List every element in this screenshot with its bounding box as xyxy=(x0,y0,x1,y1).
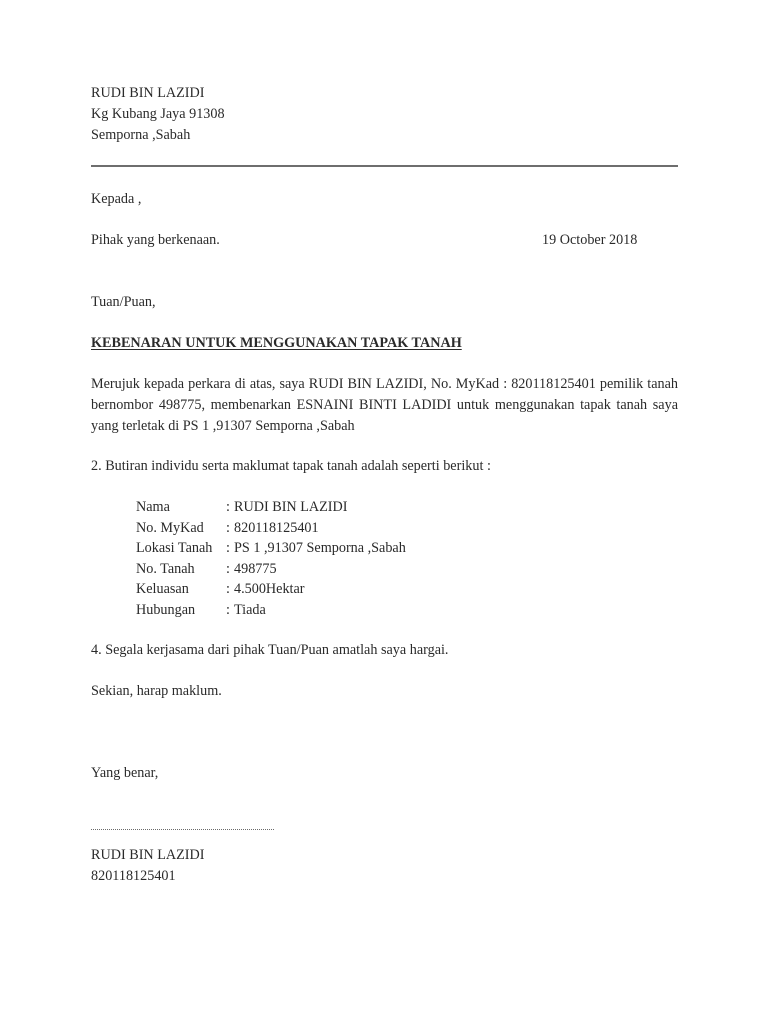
body-paragraph-1: Merujuk kepada perkara di atas, saya RUD… xyxy=(91,374,678,437)
detail-separator: : xyxy=(226,518,234,539)
detail-row-no-tanah: No. Tanah:498775 xyxy=(136,559,406,580)
detail-value: 498775 xyxy=(234,561,277,577)
details-list: Nama:RUDI BIN LAZIDI No. MyKad:820118125… xyxy=(136,497,406,620)
detail-label: Lokasi Tanah xyxy=(136,538,226,559)
detail-row-keluasan: Keluasan:4.500Hektar xyxy=(136,579,406,600)
detail-row-hubungan: Hubungan:Tiada xyxy=(136,600,406,621)
detail-row-nama: Nama:RUDI BIN LAZIDI xyxy=(136,497,406,518)
letter-page: RUDI BIN LAZIDI Kg Kubang Jaya 91308 Sem… xyxy=(0,0,768,1024)
detail-label: No. Tanah xyxy=(136,559,226,580)
signoff-closing: Yang benar, xyxy=(91,763,158,783)
detail-separator: : xyxy=(226,600,234,621)
recipient-to: Kepada , xyxy=(91,189,141,209)
detail-value: 820118125401 xyxy=(234,520,319,536)
detail-value: 4.500Hektar xyxy=(234,581,305,597)
sender-address-line1: Kg Kubang Jaya 91308 xyxy=(91,104,225,124)
signature-line xyxy=(91,829,274,830)
detail-label: Keluasan xyxy=(136,579,226,600)
closing-note: Sekian, harap maklum. xyxy=(91,681,222,701)
greeting: Tuan/Puan, xyxy=(91,292,156,312)
detail-separator: : xyxy=(226,497,234,518)
detail-value: Tiada xyxy=(234,602,266,618)
detail-separator: : xyxy=(226,538,234,559)
detail-row-mykad: No. MyKad:820118125401 xyxy=(136,518,406,539)
body-paragraph-2: 2. Butiran individu serta maklumat tapak… xyxy=(91,456,491,476)
detail-label: Nama xyxy=(136,497,226,518)
detail-label: No. MyKad xyxy=(136,518,226,539)
body-paragraph-4: 4. Segala kerjasama dari pihak Tuan/Puan… xyxy=(91,640,448,660)
letter-date: 19 October 2018 xyxy=(542,230,637,250)
subject-heading: KEBENARAN UNTUK MENGGUNAKAN TAPAK TANAH xyxy=(91,333,462,353)
signoff-mykad: 820118125401 xyxy=(91,866,176,886)
detail-row-lokasi: Lokasi Tanah:PS 1 ,91307 Semporna ,Sabah xyxy=(136,538,406,559)
detail-separator: : xyxy=(226,579,234,600)
recipient-addressee: Pihak yang berkenaan. xyxy=(91,230,220,250)
signoff-name: RUDI BIN LAZIDI xyxy=(91,845,204,865)
sender-address-line2: Semporna ,Sabah xyxy=(91,125,190,145)
detail-value: RUDI BIN LAZIDI xyxy=(234,499,347,515)
sender-name: RUDI BIN LAZIDI xyxy=(91,83,204,103)
detail-separator: : xyxy=(226,559,234,580)
detail-label: Hubungan xyxy=(136,600,226,621)
detail-value: PS 1 ,91307 Semporna ,Sabah xyxy=(234,540,406,556)
header-divider xyxy=(91,165,678,167)
